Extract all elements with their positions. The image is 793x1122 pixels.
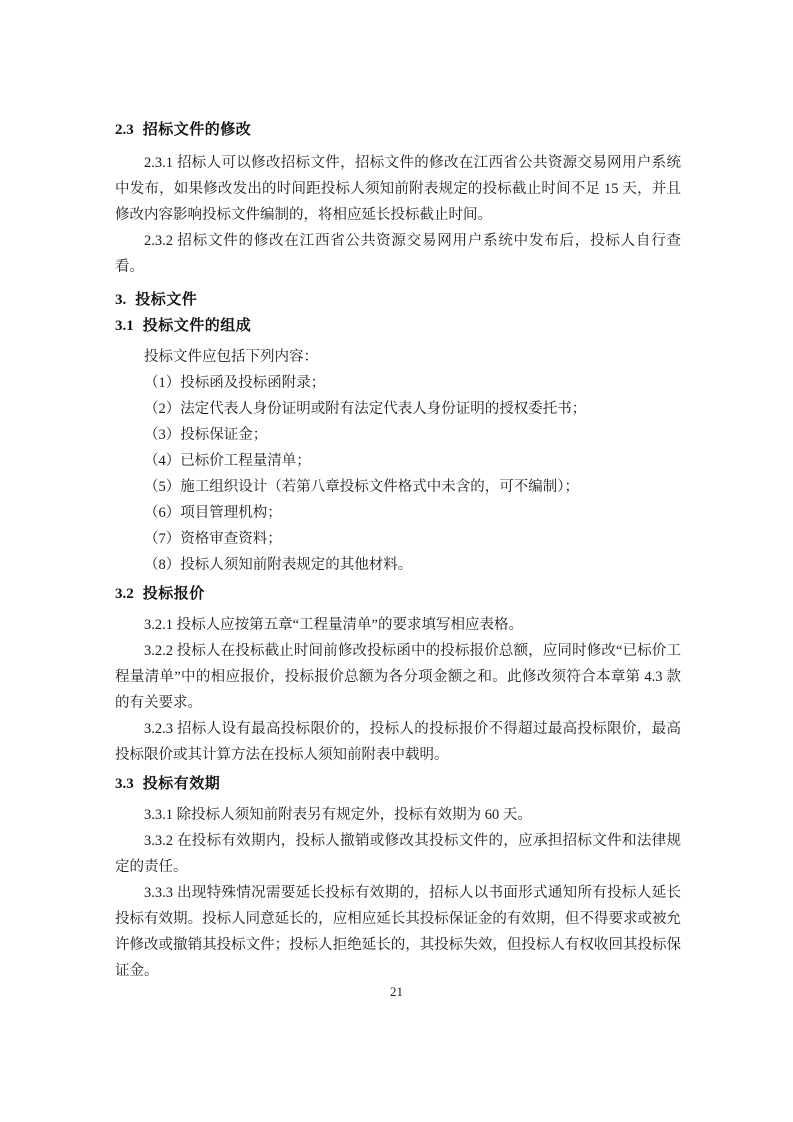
section-3: 3.投标文件 3.1投标文件的组成 投标文件应包括下列内容： （1）投标函及投标… bbox=[115, 288, 681, 984]
list-item-4: （4）已标价工程量清单； bbox=[115, 448, 681, 474]
section-2-3: 2.3招标文件的修改 2.3.1 招标人可以修改招标文件，招标文件的修改在江西省… bbox=[115, 118, 681, 280]
heading-3-3: 3.3投标有效期 bbox=[115, 772, 681, 796]
list-item-8: （8）投标人须知前附表规定的其他材料。 bbox=[115, 552, 681, 578]
page-number: 21 bbox=[0, 984, 793, 1000]
heading-3-number: 3. bbox=[115, 292, 126, 308]
list-item-3: （3）投标保证金； bbox=[115, 422, 681, 448]
heading-3-1: 3.1投标文件的组成 bbox=[115, 314, 681, 338]
clause-2-3-1: 2.3.1 招标人可以修改招标文件，招标文件的修改在江西省公共资源交易网用户系统… bbox=[115, 150, 681, 228]
clause-3-3-2: 3.3.2 在投标有效期内，投标人撤销或修改其投标文件的，应承担招标文件和法律规… bbox=[115, 828, 681, 880]
list-item-2: （2）法定代表人身份证明或附有法定代表人身份证明的授权委托书； bbox=[115, 396, 681, 422]
clause-3-2-2: 3.2.2 投标人在投标截止时间前修改投标函中的投标报价总额，应同时修改“已标价… bbox=[115, 638, 681, 716]
list-item-6: （6）项目管理机构； bbox=[115, 500, 681, 526]
heading-3-1-number: 3.1 bbox=[115, 318, 134, 334]
document-page: 2.3招标文件的修改 2.3.1 招标人可以修改招标文件，招标文件的修改在江西省… bbox=[0, 0, 793, 1122]
clause-3-2-3: 3.2.3 招标人设有最高投标限价的，投标人的投标报价不得超过最高投标限价，最高… bbox=[115, 716, 681, 768]
heading-3-3-number: 3.3 bbox=[115, 776, 134, 792]
heading-3-1-title: 投标文件的组成 bbox=[143, 317, 252, 334]
heading-2-3: 2.3招标文件的修改 bbox=[115, 118, 681, 142]
heading-3-title: 投标文件 bbox=[135, 291, 197, 308]
clause-3-2-1: 3.2.1 投标人应按第五章“工程量清单”的要求填写相应表格。 bbox=[115, 612, 681, 638]
clause-3-1-intro: 投标文件应包括下列内容： bbox=[115, 344, 681, 370]
heading-2-3-number: 2.3 bbox=[115, 122, 134, 138]
heading-3-2: 3.2投标报价 bbox=[115, 582, 681, 606]
clause-3-3-3: 3.3.3 出现特殊情况需要延长投标有效期的，招标人以书面形式通知所有投标人延长… bbox=[115, 880, 681, 984]
heading-3-3-title: 投标有效期 bbox=[143, 775, 221, 792]
heading-3: 3.投标文件 bbox=[115, 288, 681, 312]
clause-3-3-1: 3.3.1 除投标人须知前附表另有规定外，投标有效期为 60 天。 bbox=[115, 802, 681, 828]
list-item-1: （1）投标函及投标函附录； bbox=[115, 370, 681, 396]
list-item-5: （5）施工组织设计（若第八章投标文件格式中未含的，可不编制）； bbox=[115, 474, 681, 500]
heading-3-2-number: 3.2 bbox=[115, 586, 134, 602]
list-item-7: （7）资格审查资料； bbox=[115, 526, 681, 552]
heading-3-2-title: 投标报价 bbox=[143, 585, 205, 602]
heading-2-3-title: 招标文件的修改 bbox=[143, 121, 252, 138]
document-content: 2.3招标文件的修改 2.3.1 招标人可以修改招标文件，招标文件的修改在江西省… bbox=[115, 118, 681, 984]
clause-2-3-2: 2.3.2 招标文件的修改在江西省公共资源交易网用户系统中发布后，投标人自行查看… bbox=[115, 228, 681, 280]
